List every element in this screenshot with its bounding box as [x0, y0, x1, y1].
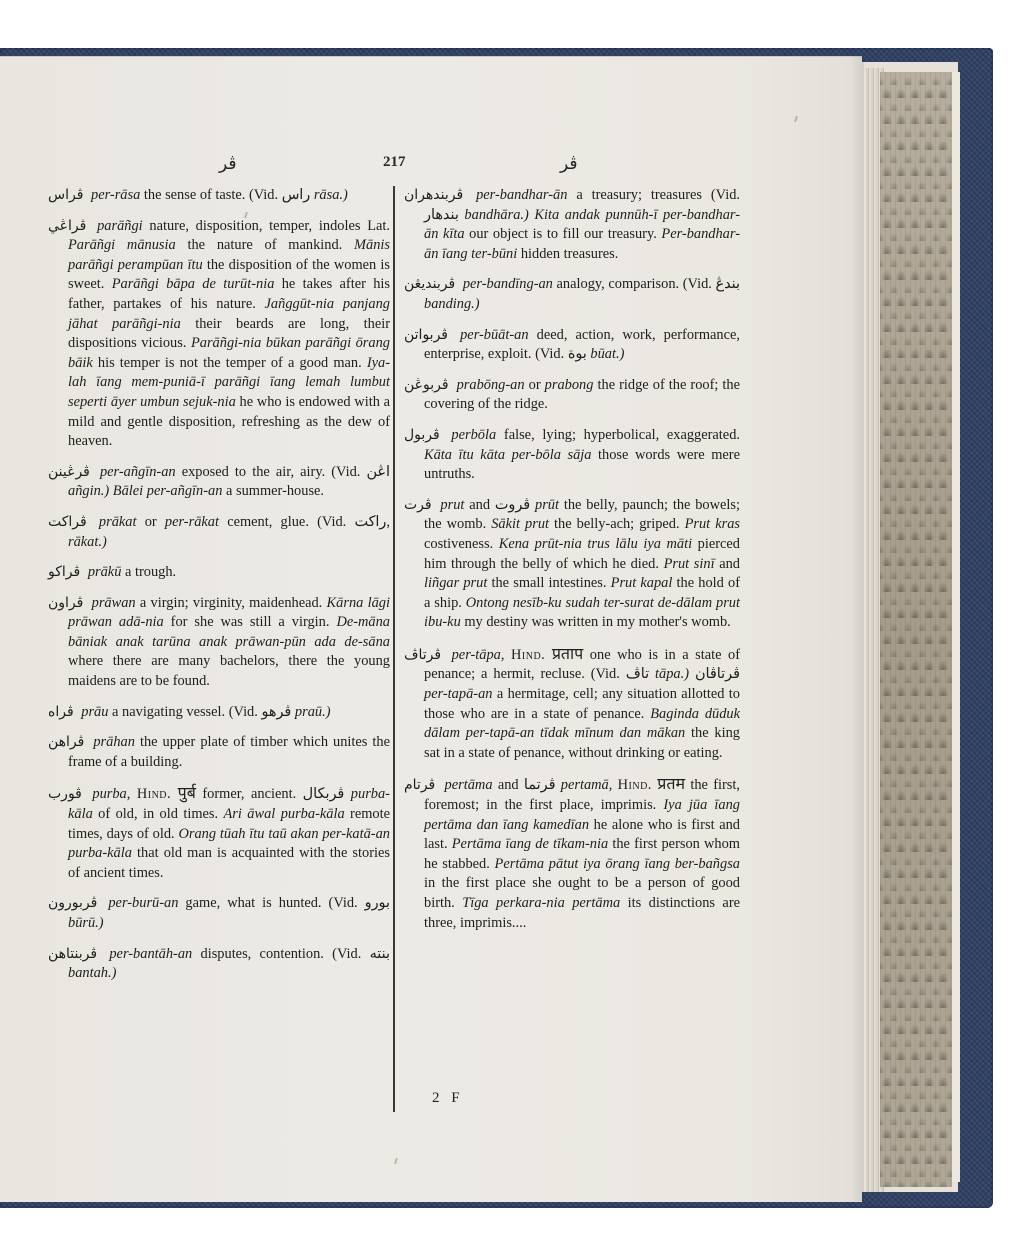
- dictionary-entry: ڤراون prāwan a virgin; virginity, maiden…: [48, 594, 390, 692]
- entry-headword: per-būāt-an: [452, 327, 529, 343]
- entry-headword: per-bandhar-ān: [467, 187, 567, 203]
- entry-definition: ,: [127, 786, 137, 802]
- entry-malay-example: Pertāma pātut iya ōrang īang ber-bañgsa: [495, 856, 740, 872]
- entry-devanagari: प्रताप: [552, 644, 583, 663]
- entry-text: ڤرتاڤان: [689, 666, 740, 682]
- entry-cross-reference: banding.): [424, 296, 480, 312]
- entry-arabic-script: ڤرت: [404, 497, 432, 513]
- dictionary-entry: ڤربواتن per-būāt-an deed, action, work, …: [404, 326, 740, 365]
- dictionary-entry: ڤراهن prāhan the upper plate of timber w…: [48, 733, 390, 772]
- entry-malay-example: liñgar prut: [424, 575, 487, 591]
- entry-arabic-script: ڤرتام: [404, 777, 435, 793]
- entry-devanagari: प्रतम: [657, 774, 685, 793]
- dictionary-entry: ڤورب purba, Hind. पुर्ब former, ancient.…: [48, 783, 390, 883]
- entry-headword: prāhan: [88, 734, 135, 750]
- entry-malay-example: Prut kras: [685, 516, 740, 532]
- entry-arabic-script: ڤربوڠن: [404, 377, 449, 393]
- entry-headword: per-añgīn-an: [94, 464, 176, 480]
- entry-arabic-script: ڤراهن: [48, 734, 84, 750]
- entry-headword: perbōla: [444, 427, 496, 443]
- signature-mark: 2 F: [432, 1090, 464, 1107]
- entry-cross-reference: praū.): [295, 704, 331, 720]
- entry-language-label: Hind.: [137, 786, 171, 802]
- right-column: ڤربندهران per-bandhar-ān a treasury; tre…: [404, 186, 740, 944]
- entry-malay-example: rākat.): [68, 534, 107, 550]
- entry-malay-example: Kena prūt-nia trus lālu iya māti: [499, 536, 692, 552]
- entry-headword: per-bandīng-an: [459, 276, 553, 292]
- entry-arabic-script: ڤراس: [48, 187, 83, 203]
- entry-arabic-script: ڤراڠي: [48, 218, 86, 234]
- entry-headword: prākat: [91, 514, 137, 530]
- entry-definition: exposed to the air, airy. (Vid. اڠن: [176, 464, 390, 480]
- entry-arabic-script: ڤراه: [48, 704, 74, 720]
- dictionary-entry: ڤراڠي parāñgi nature, disposition, tempe…: [48, 217, 390, 452]
- entry-cross-reference: būrū.): [68, 915, 104, 931]
- entry-arabic-script: ڤربنديڠن: [404, 276, 455, 292]
- entry-definition: false, lying; hyperbolical, exaggerated.: [496, 427, 740, 443]
- dictionary-entry: ڤراکت prākat or per-rākat cement, glue. …: [48, 513, 390, 552]
- dictionary-entry: ڤرڠينن per-añgīn-an exposed to the air, …: [48, 463, 390, 502]
- page-number: 217: [383, 154, 406, 171]
- marbled-fore-edge: [880, 72, 952, 1187]
- entry-malay-example: Ari āwal purba-kāla: [224, 806, 345, 822]
- entry-text: for she was still a virgin.: [164, 614, 337, 630]
- running-head-right: ڤر: [560, 154, 578, 174]
- entry-text: and: [715, 556, 740, 572]
- dictionary-entry: ڤربوڠن prabōng-an or prabong the ridge o…: [404, 376, 740, 415]
- entry-headword: purba: [86, 786, 127, 802]
- entry-headword: prākū: [84, 564, 121, 580]
- entry-cross-reference: rāsa.): [314, 187, 348, 203]
- entry-arabic-script: ڤربندهران: [404, 187, 463, 203]
- entry-definition: ,: [501, 647, 511, 663]
- entry-arabic-script: ڤورب: [48, 786, 82, 802]
- entry-malay-example: Pertāma īang de tīkam-nia: [452, 836, 608, 852]
- entry-arabic-script: ڤراکو: [48, 564, 80, 580]
- entry-arabic-script: ڤربواتن: [404, 327, 448, 343]
- entry-definition: a virgin; virginity, maidenhead.: [136, 595, 327, 611]
- entry-definition: nature, disposition, temper, indoles Lat…: [143, 218, 390, 234]
- entry-text: a summer-house.: [222, 483, 324, 499]
- entry-malay-example: Tīga perkara-nia pertāma: [462, 895, 620, 911]
- entry-malay-example: prūt: [535, 497, 559, 513]
- dictionary-entry: ڤربندهران per-bandhar-ān a treasury; tre…: [404, 186, 740, 264]
- entry-malay-example: Sākit prut: [491, 516, 549, 532]
- column-rule: [393, 186, 395, 1112]
- entry-arabic-script: ڤراون: [48, 595, 83, 611]
- entry-malay-example: bandhāra.): [464, 207, 528, 223]
- entry-definition: or: [137, 514, 165, 530]
- entry-headword: pertāma: [439, 777, 492, 793]
- entry-arabic-script: ڤرتاڤ: [404, 647, 441, 663]
- entry-language-label: Hind.: [618, 777, 652, 793]
- entry-text: the small intestines.: [487, 575, 610, 591]
- entry-definition: or: [525, 377, 545, 393]
- entry-malay-example: per-rākat: [165, 514, 219, 530]
- entry-headword: prāwan: [87, 595, 135, 611]
- dictionary-entry: ڤربول perbōla false, lying; hyperbolical…: [404, 426, 740, 485]
- running-head-left: ڤر: [219, 154, 237, 174]
- dictionary-entry: ڤرتام pertāma and ڤرتما pertamā, Hind. प…: [404, 774, 740, 933]
- entry-malay-example: Prut kapal: [611, 575, 673, 591]
- entry-malay-example: Bālei per-añgīn-an: [113, 483, 223, 499]
- entry-malay-example: Parāñgi bāpa de turūt-nia: [112, 276, 275, 292]
- entry-malay-example: tāpa.): [655, 666, 689, 682]
- entry-headword: per-burū-an: [101, 895, 178, 911]
- entry-headword: prabōng-an: [453, 377, 525, 393]
- entry-headword: prut: [436, 497, 465, 513]
- entry-text: former, ancient. ڤربکال: [196, 786, 351, 802]
- entry-definition: a navigating vessel. (Vid. ڤرهو: [108, 704, 294, 720]
- entry-text: of old, in old times.: [93, 806, 224, 822]
- entry-arabic-script: ڤربورون: [48, 895, 97, 911]
- dictionary-entry: ڤربنتاهن per-bantāh-an disputes, content…: [48, 945, 390, 984]
- dictionary-entry: ڤراکو prākū a trough.: [48, 563, 390, 583]
- entry-malay-example: Parāñgi mānusia: [68, 237, 176, 253]
- dictionary-entry: ڤراه prāu a navigating vessel. (Vid. ڤره…: [48, 703, 390, 723]
- entry-malay-example: Prut sinī: [664, 556, 715, 572]
- entry-text: ,: [609, 777, 618, 793]
- entry-malay-example: Kāta ītu kāta per-bōla sāja: [424, 447, 591, 463]
- entry-definition: disputes, contention. (Vid. بنته: [192, 946, 390, 962]
- entry-text: costiveness.: [424, 536, 499, 552]
- entry-headword: prāu: [78, 704, 109, 720]
- entry-definition: game, what is hunted. (Vid. بورو: [178, 895, 390, 911]
- left-column: ڤراس per-rāsa the sense of taste. (Vid. …: [48, 186, 390, 995]
- entry-text: the belly-ach; griped.: [549, 516, 685, 532]
- entry-text: cement, glue. (Vid. راکت,: [219, 514, 390, 530]
- entry-text: hidden treasures.: [517, 246, 618, 262]
- entry-arabic-script: ڤراکت: [48, 514, 87, 530]
- entry-devanagari: पुर्ब: [178, 783, 196, 802]
- page-gutter-shadow: [850, 56, 864, 1201]
- entry-definition: the sense of taste. (Vid. راس: [140, 187, 314, 203]
- entry-cross-reference: būat.): [590, 346, 624, 362]
- dictionary-entry: ڤرتاڤ per-tāpa, Hind. प्रताप one who is …: [404, 644, 740, 764]
- endpaper-edge: [952, 72, 960, 1182]
- entry-definition: and ڤروت: [464, 497, 535, 513]
- entry-malay-example: pertamā: [561, 777, 609, 793]
- entry-language-label: Hind.: [511, 647, 545, 663]
- entry-malay-example: per-tapā-an: [424, 686, 492, 702]
- dictionary-entry: ڤربنديڠن per-bandīng-an analogy, compari…: [404, 275, 740, 314]
- entry-arabic-script: ڤربول: [404, 427, 440, 443]
- entry-cross-reference: bantah.): [68, 965, 116, 981]
- entry-definition: a trough.: [121, 564, 176, 580]
- dictionary-entry: ڤربورون per-burū-an game, what is hunted…: [48, 894, 390, 933]
- entry-headword: per-rāsa: [87, 187, 140, 203]
- entry-definition: and ڤرتما: [493, 777, 561, 793]
- entry-definition: analogy, comparison. (Vid. بندڠ: [553, 276, 740, 292]
- dictionary-entry: ڤراس per-rāsa the sense of taste. (Vid. …: [48, 186, 390, 206]
- dictionary-entry: ڤرت prut and ڤروت prūt the belly, paunch…: [404, 496, 740, 633]
- entry-text: the nature of mankind.: [176, 237, 354, 253]
- entry-malay-example: prabong: [545, 377, 594, 393]
- entry-text: where there are many bachelors, there th…: [68, 653, 390, 689]
- entry-arabic-script: ڤربنتاهن: [48, 946, 97, 962]
- entry-headword: per-tāpa: [445, 647, 501, 663]
- entry-headword: per-bantāh-an: [101, 946, 192, 962]
- entry-text: our object is to fill our treasury.: [465, 226, 662, 242]
- entry-text: my destiny was written in my mother's wo…: [461, 614, 731, 630]
- entry-headword: parāñgi: [90, 218, 142, 234]
- entry-text: his temper is not the temper of a good m…: [93, 355, 367, 371]
- entry-arabic-script: ڤرڠينن: [48, 464, 90, 480]
- entry-malay-example: añgin.): [68, 483, 109, 499]
